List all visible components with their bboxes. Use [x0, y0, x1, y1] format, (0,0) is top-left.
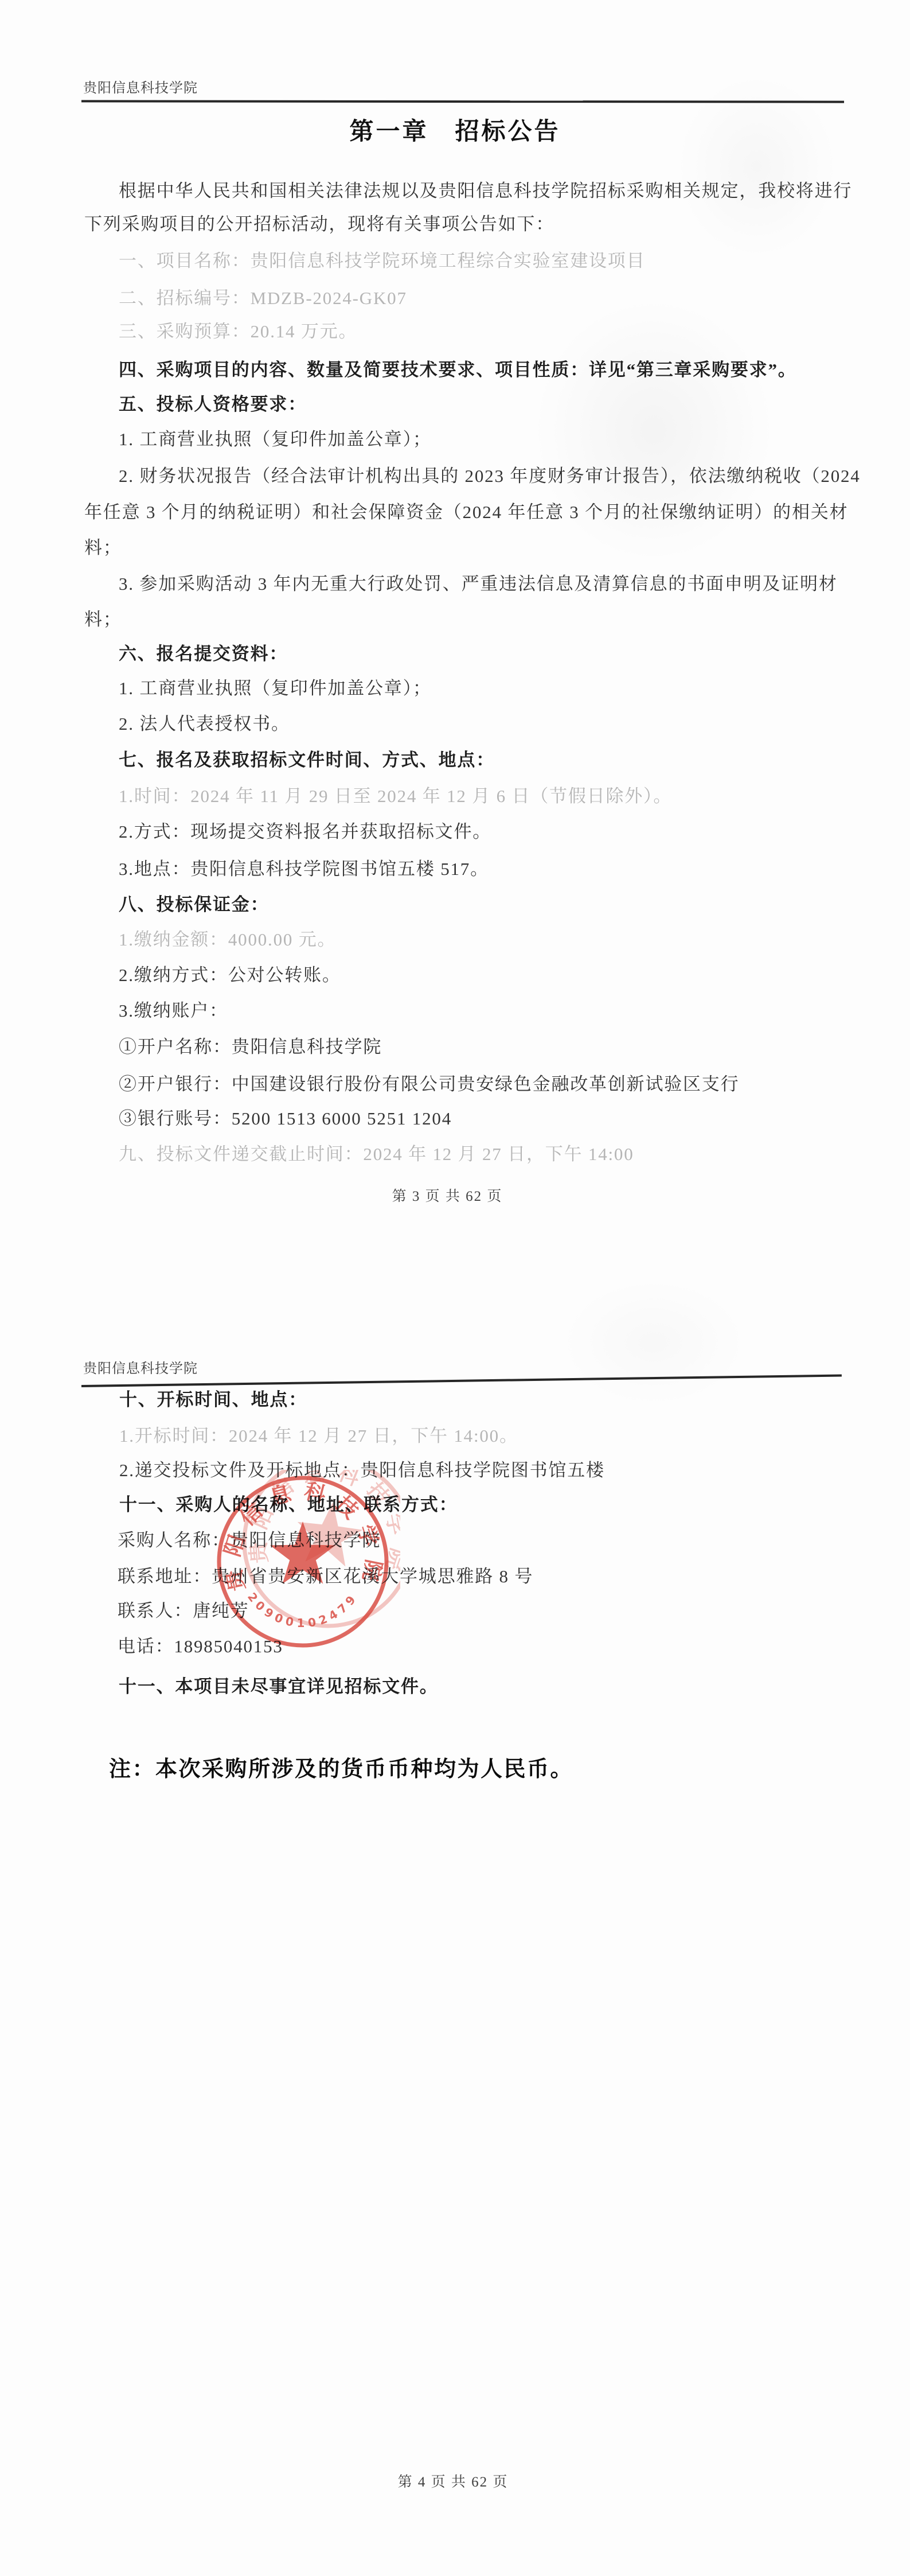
obtain-time-line: 1.时间：2024 年 11 月 29 日至 2024 年 12 月 6 日（节…	[119, 784, 672, 809]
opening-time-heading: 十、开标时间、地点：	[119, 1387, 307, 1412]
content-requirements-line: 四、采购项目的内容、数量及简要技术要求、项目性质：详见“第三章采购要求”。	[119, 357, 797, 383]
registration-item-1: 1. 工商营业执照（复印件加盖公章）；	[119, 676, 432, 701]
official-seal-stamp: 贵阳信息科技学院 贵阳信息科技学院 5209001024791	[211, 1470, 400, 1659]
qualification-item-2: 2. 财务状况报告（经合法审计机构出具的 2023 年度财务审计报告），依法缴纳…	[119, 464, 861, 489]
tender-number-line: 二、招标编号：MDZB-2024-GK07	[119, 286, 407, 311]
registration-materials-heading: 六、报名提交资料：	[119, 641, 288, 667]
qualification-item-2-cont: 年任意 3 个月的纳税证明）和社会保障资金（2024 年任意 3 个月的社保缴纳…	[84, 500, 848, 525]
submission-deadline-line: 九、投标文件递交截止时间：2024 年 12 月 27 日，下午 14:00	[119, 1142, 634, 1167]
intro-paragraph-line-2: 下列采购项目的公开招标活动，现将有关事项公告如下：	[84, 212, 554, 237]
chapter-title: 第一章 招标公告	[0, 117, 910, 147]
bond-method-line: 2.缴纳方式：公对公转账。	[119, 963, 341, 988]
qualification-item-3-end: 料；	[84, 607, 122, 632]
currency-note: 注：本次采购所涉及的货币币种均为人民币。	[109, 1757, 573, 1782]
page1-footer: 第 3 页 共 62 页	[0, 1184, 895, 1209]
page1-header: 贵阳信息科技学院	[83, 76, 198, 101]
registration-item-2: 2. 法人代表授权书。	[119, 711, 290, 737]
bond-account-heading: 3.缴纳账户：	[119, 998, 228, 1024]
obtain-location-line: 3.地点：贵阳信息科技学院图书馆五楼 517。	[119, 857, 489, 882]
qualification-item-1: 1. 工商营业执照（复印件加盖公章）；	[119, 427, 432, 452]
page2-header: 贵阳信息科技学院	[83, 1356, 198, 1382]
bond-amount-line: 1.缴纳金额：4000.00 元。	[119, 927, 336, 952]
bid-bond-heading: 八、投标保证金：	[119, 892, 269, 917]
bank-account-line: ③银行账号：5200 1513 6000 5251 1204	[119, 1106, 452, 1131]
obtain-docs-heading: 七、报名及获取招标文件时间、方式、地点：	[119, 748, 495, 773]
qualification-heading: 五、投标人资格要求：	[119, 392, 307, 417]
project-name-line: 一、项目名称：贵阳信息科技学院环境工程综合实验室建设项目	[119, 248, 645, 274]
page2-footer: 第 4 页 共 62 页	[0, 2470, 906, 2495]
bank-name-line: ②开户银行：中国建设银行股份有限公司贵安绿色金融改革创新试验区支行	[119, 1072, 739, 1097]
scanned-tender-document: 贵阳信息科技学院 第一章 招标公告 根据中华人民共和国相关法律法规以及贵阳信息科…	[0, 0, 910, 2576]
qualification-item-3: 3. 参加采购活动 3 年内无重大行政处罚、严重违法信息及清算信息的书面申明及证…	[119, 571, 838, 597]
account-name-line: ①开户名称：贵阳信息科技学院	[119, 1034, 382, 1060]
misc-heading: 十一、本项目未尽事宜详见招标文件。	[119, 1674, 439, 1699]
intro-paragraph-line-1: 根据中华人民共和国相关法律法规以及贵阳信息科技学院招标采购相关规定，我校将进行	[119, 178, 852, 204]
budget-line: 三、采购预算：20.14 万元。	[119, 319, 357, 344]
opening-time-line: 1.开标时间：2024 年 12 月 27 日，下午 14:00。	[119, 1423, 518, 1449]
page1-header-rule	[81, 100, 844, 103]
scan-smudge	[562, 1279, 745, 1406]
obtain-method-line: 2.方式：现场提交资料报名并获取招标文件。	[119, 819, 491, 845]
qualification-item-2-end: 料；	[84, 535, 122, 561]
